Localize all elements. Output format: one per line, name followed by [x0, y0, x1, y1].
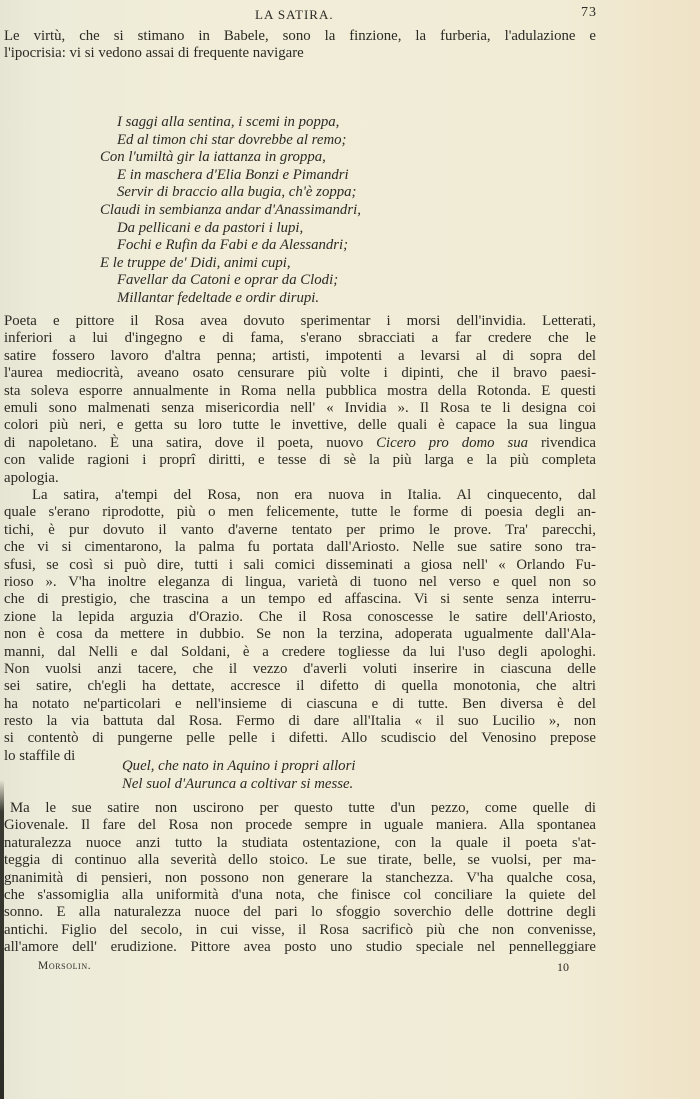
- text-line: sfusi, se così si può dire, tutti i sali…: [4, 557, 596, 574]
- text-line: quale s'erano riprodotte, più o men feli…: [4, 504, 596, 521]
- book-page: LA SATIRA. 73 Le virtù, che si stimano i…: [0, 0, 700, 1099]
- text-line: zione la lepida arguzia d'Orazio. Che il…: [4, 609, 596, 626]
- verse-quotation-1: I saggi alla sentina, i scemi in poppa, …: [100, 114, 361, 308]
- text-line: La satira, a'tempi del Rosa, non era nuo…: [4, 487, 596, 504]
- paragraph-2: La satira, a'tempi del Rosa, non era nuo…: [4, 487, 596, 765]
- verse-line: E in maschera d'Elia Bonzi e Pimandri: [100, 167, 361, 185]
- verse-line: Da pellicani e da pastori i lupi,: [100, 220, 361, 238]
- text-line: manni, dal Nelli e dal Soldani, è a cred…: [4, 644, 596, 661]
- text-line: l'ipocrisia: vi si vedono assai di frequ…: [4, 45, 596, 62]
- text-line: Poeta e pittore il Rosa avea dovuto sper…: [4, 313, 596, 330]
- intro-paragraph: Le virtù, che si stimano in Babele, sono…: [4, 28, 596, 63]
- text-line: che s'assomiglia alla uniformità d'una n…: [4, 887, 596, 904]
- verse-line: Ed al timon chi star dovrebbe al remo;: [100, 132, 361, 150]
- text-line: tichi, è pur dovuto il vanto d'averne te…: [4, 522, 596, 539]
- text-line: antichi. Figlio del secolo, in cui visse…: [4, 922, 596, 939]
- text-line: che vi si cimentarono, la palma fu porta…: [4, 539, 596, 556]
- text-line: si contentò di pungerne pelle pelle i di…: [4, 730, 596, 747]
- text-line: emuli sono malmenati senza misericordia …: [4, 400, 596, 417]
- verse-line: Favellar da Catoni e oprar da Clodi;: [100, 272, 361, 290]
- text-line: di napoletano. È una satira, dove il poe…: [4, 435, 596, 452]
- text-line: Giovenale. Il fare del Rosa non procede …: [4, 817, 596, 834]
- text-line: apologia.: [4, 470, 596, 487]
- text-line: sonno. E alla naturalezza nuoce del pari…: [4, 904, 596, 921]
- text-line: rioso ». V'ha inoltre eleganza di lingua…: [4, 574, 596, 591]
- text-line: sta soleva esporre annualmente in Roma n…: [4, 383, 596, 400]
- text-line: ha notato ne'particolari e nell'insieme …: [4, 696, 596, 713]
- text-line: gnanimità di pensieri, non possono non g…: [4, 870, 596, 887]
- text-line: sei satire, ch'egli ha dettate, accresce…: [4, 678, 596, 695]
- verse-line: Quel, che nato in Aquino i propri allori: [122, 758, 355, 776]
- text-line: non è cosa da mettere in dubbio. Se non …: [4, 626, 596, 643]
- text-line: Le virtù, che si stimano in Babele, sono…: [4, 28, 596, 45]
- page-number: 73: [581, 5, 597, 21]
- text-line: colori più neri, e getta su loro tutte l…: [4, 417, 596, 434]
- running-title: LA SATIRA.: [255, 7, 334, 23]
- verse-line: Con l'umiltà gir la iattanza in groppa,: [100, 149, 361, 167]
- text-span: di napoletano. È una satira, dove il poe…: [4, 435, 376, 451]
- running-head: LA SATIRA. 73: [0, 7, 700, 27]
- text-line: Non vuolsi anzi tacere, che il vezzo d'a…: [4, 661, 596, 678]
- verse-quotation-2: Quel, che nato in Aquino i propri allori…: [122, 758, 355, 793]
- text-line: l'aurea mediocrità, aveano osato censura…: [4, 365, 596, 382]
- verse-line: Servir di braccio alla bugia, ch'è zoppa…: [100, 184, 361, 202]
- paragraph-3: Ma le sue satire non uscirono per questo…: [4, 800, 596, 957]
- text-line: all'amore dell' erudizione. Pittore avea…: [4, 939, 596, 956]
- text-line: teggia di continuo alla severità dello s…: [4, 852, 596, 869]
- verse-line: E le truppe de' Didi, animi cupi,: [100, 255, 361, 273]
- text-line: che di prestigio, che trascina a un temp…: [4, 591, 596, 608]
- text-span: rivendica: [528, 435, 596, 451]
- printer-signature: Morsolin.: [38, 960, 91, 972]
- text-line: con valide ragioni i proprî diritti, e t…: [4, 452, 596, 469]
- signature-number: 10: [557, 960, 569, 975]
- text-line: Ma le sue satire non uscirono per questo…: [4, 800, 596, 817]
- paragraph-1: Poeta e pittore il Rosa avea dovuto sper…: [4, 313, 596, 487]
- verse-line: I saggi alla sentina, i scemi in poppa,: [100, 114, 361, 132]
- page-footer: Morsolin. 10: [0, 960, 700, 978]
- text-line: satire fossero lavoro d'altra penna; art…: [4, 348, 596, 365]
- latin-phrase: Cicero pro domo sua: [376, 435, 528, 451]
- verse-line: Fochi e Rufin da Fabi e da Alessandri;: [100, 237, 361, 255]
- text-line: resto la via battuta dal Rosa. Fermo di …: [4, 713, 596, 730]
- verse-line: Claudi in sembianza andar d'Anassimandri…: [100, 202, 361, 220]
- text-line: inferiori a lui d'ingegno e di fama, s'e…: [4, 330, 596, 347]
- text-line: naturalezza nuoce anzi tutto la studiata…: [4, 835, 596, 852]
- verse-line: Nel suol d'Aurunca a coltivar si messe.: [122, 776, 355, 794]
- verse-line: Millantar fedeltade e ordir dirupi.: [100, 290, 361, 308]
